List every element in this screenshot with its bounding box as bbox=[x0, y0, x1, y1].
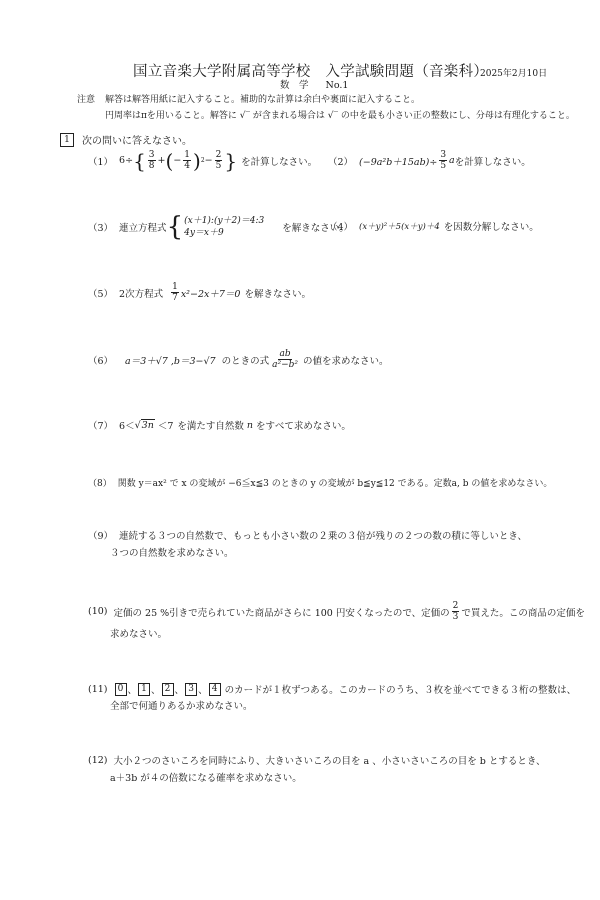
question-instruction: を計算しなさい。 bbox=[455, 154, 531, 168]
question-number: （3） bbox=[88, 220, 113, 234]
equation: x²−2x＋7＝0 bbox=[181, 286, 241, 300]
equation-2: 4y＝x＋9 bbox=[184, 227, 264, 239]
fraction: aba²−b² bbox=[271, 349, 299, 370]
question-1: （1） 6÷ { 38 + (− 14 )2 − 25 } を計算しなさい。 bbox=[88, 150, 317, 171]
question-10: (10) 定価の 25 %引きで売られていた商品がさらに 100 円安くなったの… bbox=[88, 601, 585, 622]
question-number: （6） bbox=[88, 353, 113, 367]
question-number: (11) bbox=[88, 684, 108, 695]
numerator: 1 bbox=[171, 282, 179, 293]
question-6: （6） a＝3＋√7 ,b＝3−√7 のときの式 aba²−b² の値を求めなさ… bbox=[88, 349, 389, 370]
variable: n bbox=[247, 420, 253, 431]
equation-system: { (x＋1):(y＋2)＝4:3 4y＝x＋9 bbox=[167, 214, 265, 240]
question-number: (12) bbox=[88, 755, 108, 766]
question-2: （2） (−9a²b＋15ab)÷ 35 a を計算しなさい。 bbox=[328, 150, 531, 171]
card-0: 0 bbox=[115, 683, 127, 696]
expr-text: を満たす自然数 bbox=[177, 418, 244, 432]
question-instruction: を解きなさい。 bbox=[244, 286, 311, 300]
denominator: 3 bbox=[452, 612, 460, 622]
expr-text: (−9a²b＋15ab)÷ bbox=[359, 154, 437, 168]
fraction: 14 bbox=[183, 150, 191, 171]
denominator: 7 bbox=[171, 293, 179, 303]
question-12-line-2: a＋3b が４の倍数になる確率を求めなさい。 bbox=[110, 770, 302, 784]
operator: + bbox=[158, 155, 166, 166]
fraction: 23 bbox=[452, 601, 460, 622]
question-number: （1） bbox=[88, 154, 113, 168]
denominator: a²−b² bbox=[271, 360, 299, 370]
radicand: 3n bbox=[141, 419, 155, 431]
question-text: 関数 y＝ax² で x の変域が −6≦x≦3 のときの y の変域が b≦y… bbox=[118, 476, 553, 489]
question-11: (11) 0、 1、 2、 3、 4 のカードが１枚ずつある。このカードのうち、… bbox=[88, 682, 576, 696]
paren-open: ( bbox=[166, 151, 174, 171]
question-11-line-2: 全部で何通りあるか求めなさい。 bbox=[110, 698, 253, 712]
question-instruction: を因数分解しなさい。 bbox=[444, 219, 539, 233]
card-4: 4 bbox=[209, 683, 221, 696]
numerator: 1 bbox=[183, 150, 191, 161]
question-number: （9） bbox=[88, 528, 113, 542]
card-2: 2 bbox=[162, 683, 174, 696]
question-text-line-1: 連続する３つの自然数で、もっとも小さい数の２乗の３倍が残りの２つの数の積に等しい… bbox=[119, 528, 527, 542]
question-number: （2） bbox=[328, 154, 353, 168]
note-line-2: 円周率はπを用いること。解答に √‾ が含まれる場合は √‾ の中を最も小さい正… bbox=[105, 108, 575, 121]
numerator: 3 bbox=[148, 150, 156, 161]
numerator: 2 bbox=[452, 601, 460, 612]
operator: − bbox=[205, 155, 213, 166]
question-8: （8） 関数 y＝ax² で x の変域が −6≦x≦3 のときの y の変域が… bbox=[88, 476, 552, 489]
expr-text: 6＜ bbox=[119, 418, 135, 432]
expr-text: a＝3＋√7 ,b＝3−√7 bbox=[125, 353, 216, 367]
exam-date: 2025年2月10日 bbox=[480, 66, 547, 79]
question-text-line-1b: で買えた。この商品の定価を bbox=[461, 605, 585, 619]
section-number-box: 1 bbox=[60, 133, 74, 147]
question-number: （4） bbox=[328, 219, 353, 233]
denominator: 8 bbox=[148, 161, 156, 171]
question-10-line-2: 求めなさい。 bbox=[110, 626, 167, 640]
question-text-line-1: 定価の 25 %引きで売られていた商品がさらに 100 円安くなったので、定価の bbox=[114, 605, 450, 619]
subject-name: 数 学 bbox=[280, 80, 309, 91]
system-brace: { bbox=[167, 214, 184, 240]
card-1: 1 bbox=[138, 683, 150, 696]
equation-1: (x＋1):(y＋2)＝4:3 bbox=[184, 215, 264, 227]
notes-label: 注意 bbox=[77, 92, 95, 105]
expr-text: ＜7 bbox=[158, 418, 174, 432]
question-3: （3） 連立方程式 { (x＋1):(y＋2)＝4:3 4y＝x＋9 を解きなさ… bbox=[88, 214, 349, 240]
numerator: 3 bbox=[439, 150, 447, 161]
question-text-line-1: 大小２つのさいころを同時にふり、大きいさいころの目を a 、小さいさいころの目を… bbox=[114, 753, 546, 767]
expr-text: 連立方程式 bbox=[119, 220, 167, 234]
expr-text: 2次方程式 bbox=[119, 286, 163, 300]
paren-close: ) bbox=[193, 151, 201, 171]
section-instruction: 次の問いに答えなさい。 bbox=[82, 132, 192, 147]
question-number: （7） bbox=[88, 418, 113, 432]
question-text-line-1: のカードが１枚ずつある。このカードのうち、３枚を並べてできる３桁の整数は、 bbox=[225, 682, 577, 696]
question-9-line-2: ３つの自然数を求めなさい。 bbox=[110, 545, 234, 559]
page-label: No.1 bbox=[326, 80, 349, 91]
fraction: 35 bbox=[439, 150, 447, 171]
question-7: （7） 6＜ √3n ＜7 を満たす自然数 n をすべて求めなさい。 bbox=[88, 418, 351, 432]
denominator: 5 bbox=[439, 161, 447, 171]
question-instruction: を計算しなさい。 bbox=[241, 154, 317, 168]
question-instruction: の値を求めなさい。 bbox=[303, 353, 389, 367]
question-4: （4） (x＋y)²＋5(x＋y)＋4 を因数分解しなさい。 bbox=[328, 219, 539, 233]
numerator: 2 bbox=[215, 150, 223, 161]
brace-open: { bbox=[133, 151, 146, 171]
denominator: 4 bbox=[183, 161, 191, 171]
question-5: （5） 2次方程式 17 x²−2x＋7＝0 を解きなさい。 bbox=[88, 282, 311, 303]
question-number: (10) bbox=[88, 606, 108, 617]
question-number: （5） bbox=[88, 286, 113, 300]
question-instruction: をすべて求めなさい。 bbox=[256, 418, 351, 432]
expr-text: 6÷ bbox=[119, 155, 133, 166]
fraction: 17 bbox=[171, 282, 179, 303]
fraction: 25 bbox=[215, 150, 223, 171]
brace-close: } bbox=[224, 151, 237, 171]
fraction: 38 bbox=[148, 150, 156, 171]
card-3: 3 bbox=[185, 683, 197, 696]
question-9: （9） 連続する３つの自然数で、もっとも小さい数の２乗の３倍が残りの２つの数の積… bbox=[88, 528, 527, 542]
numerator: ab bbox=[278, 349, 291, 360]
question-12: (12) 大小２つのさいころを同時にふり、大きいさいころの目を a 、小さいさい… bbox=[88, 753, 545, 767]
expr-text: (x＋y)²＋5(x＋y)＋4 bbox=[359, 220, 440, 232]
subject-line: 数 学 No.1 bbox=[280, 77, 348, 91]
denominator: 5 bbox=[215, 161, 223, 171]
question-number: （8） bbox=[88, 476, 112, 489]
note-line-1: 解答は解答用紙に記入すること。補助的な計算は余白や裏面に記入すること。 bbox=[105, 92, 420, 105]
expr-text: のときの式 bbox=[222, 353, 270, 367]
